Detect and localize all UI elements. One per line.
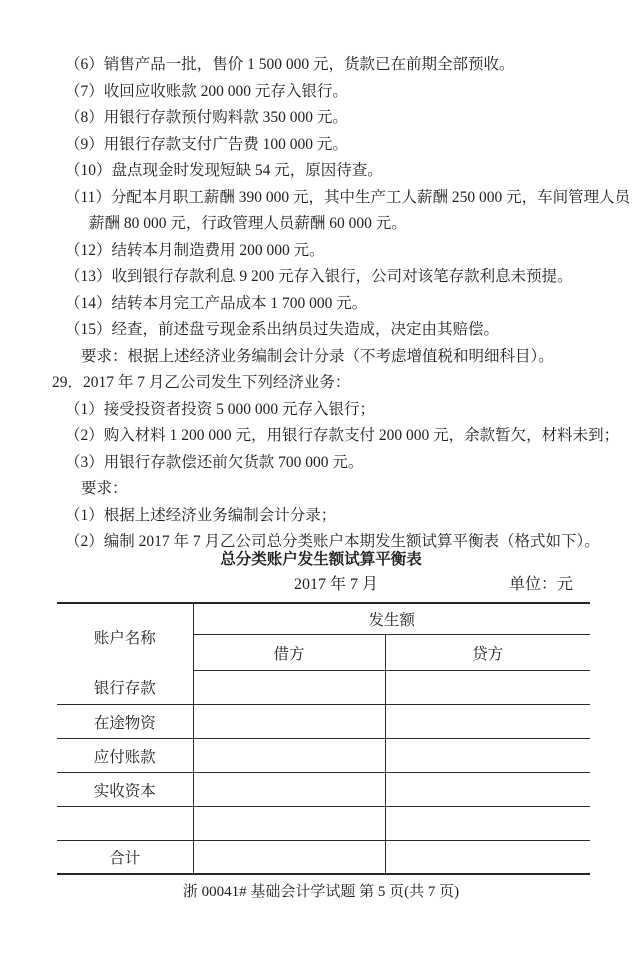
cell-debit	[193, 705, 385, 739]
exam-page: （6）销售产品一批，售价 1 500 000 元，货款已在前期全部预收。 （7）…	[0, 0, 640, 902]
cell-account: 实收资本	[57, 773, 193, 807]
list-item: （6）销售产品一批，售价 1 500 000 元，货款已在前期全部预收。	[52, 52, 602, 79]
table-caption: 2017 年 7 月 单位：元	[52, 572, 590, 598]
cell-account: 银行存款	[57, 671, 193, 705]
trial-balance-table: 账户名称 发生额 借方 贷方 银行存款 在途物资 应付账款 实收资本	[57, 602, 590, 875]
header-credit: 贷方	[385, 635, 590, 671]
list-item-continuation: 薪酬 80 000 元，行政管理人员薪酬 60 000 元。	[52, 211, 602, 238]
requirement-line: 要求：根据上述经济业务编制会计分录（不考虑增值税和明细科目）。	[52, 344, 602, 371]
list-item: （2）购入材料 1 200 000 元，用银行存款支付 200 000 元，余款…	[52, 423, 602, 450]
header-account-name: 账户名称	[57, 603, 193, 671]
cell-debit	[193, 671, 385, 705]
list-item: （14）结转本月完工产品成本 1 700 000 元。	[52, 291, 602, 318]
cell-account	[57, 807, 193, 841]
list-item: （10）盘点现金时发现短缺 54 元，原因待查。	[52, 158, 602, 185]
list-item: （8）用银行存款预付购料款 350 000 元。	[52, 105, 602, 132]
header-debit: 借方	[193, 635, 385, 671]
list-item: （3）用银行存款偿还前欠货款 700 000 元。	[52, 450, 602, 477]
table-row: 应付账款	[57, 739, 590, 773]
cell-debit	[193, 773, 385, 807]
cell-debit	[193, 841, 385, 874]
cell-credit	[385, 807, 590, 841]
list-item: （15）经查，前述盘亏现金系出纳员过失造成，决定由其赔偿。	[52, 317, 602, 344]
cell-debit	[193, 739, 385, 773]
cell-debit	[193, 807, 385, 841]
table-row	[57, 807, 590, 841]
cell-credit	[385, 773, 590, 807]
cell-credit	[385, 705, 590, 739]
cell-account: 应付账款	[57, 739, 193, 773]
cell-credit	[385, 739, 590, 773]
table-unit: 单位：元	[509, 572, 573, 598]
cell-account: 在途物资	[57, 705, 193, 739]
table-row: 实收资本	[57, 773, 590, 807]
cell-account: 合计	[57, 841, 193, 874]
list-item: （1）接受投资者投资 5 000 000 元存入银行；	[52, 397, 602, 424]
table-row-total: 合计	[57, 841, 590, 874]
question-29-heading: 29．2017 年 7 月乙公司发生下列经济业务：	[52, 370, 602, 397]
table-row: 银行存款	[57, 671, 590, 705]
list-item: （1）根据上述经济业务编制会计分录；	[52, 503, 602, 530]
list-item: （12）结转本月制造费用 200 000 元。	[52, 238, 602, 265]
table-row: 在途物资	[57, 705, 590, 739]
cell-credit	[385, 671, 590, 705]
header-occurred-amount: 发生额	[193, 603, 590, 635]
page-footer: 浙 00041# 基础会计学试题 第 5 页(共 7 页)	[52, 882, 590, 902]
list-item: （9）用银行存款支付广告费 100 000 元。	[52, 132, 602, 159]
list-item: （13）收到银行存款利息 9 200 元存入银行，公司对该笔存款利息未预提。	[52, 264, 602, 291]
list-item: （11）分配本月职工薪酬 390 000 元，其中生产工人薪酬 250 000 …	[52, 185, 602, 212]
cell-credit	[385, 841, 590, 874]
list-item: （7）收回应收账款 200 000 元存入银行。	[52, 79, 602, 106]
requirement-line: 要求：	[52, 476, 602, 503]
